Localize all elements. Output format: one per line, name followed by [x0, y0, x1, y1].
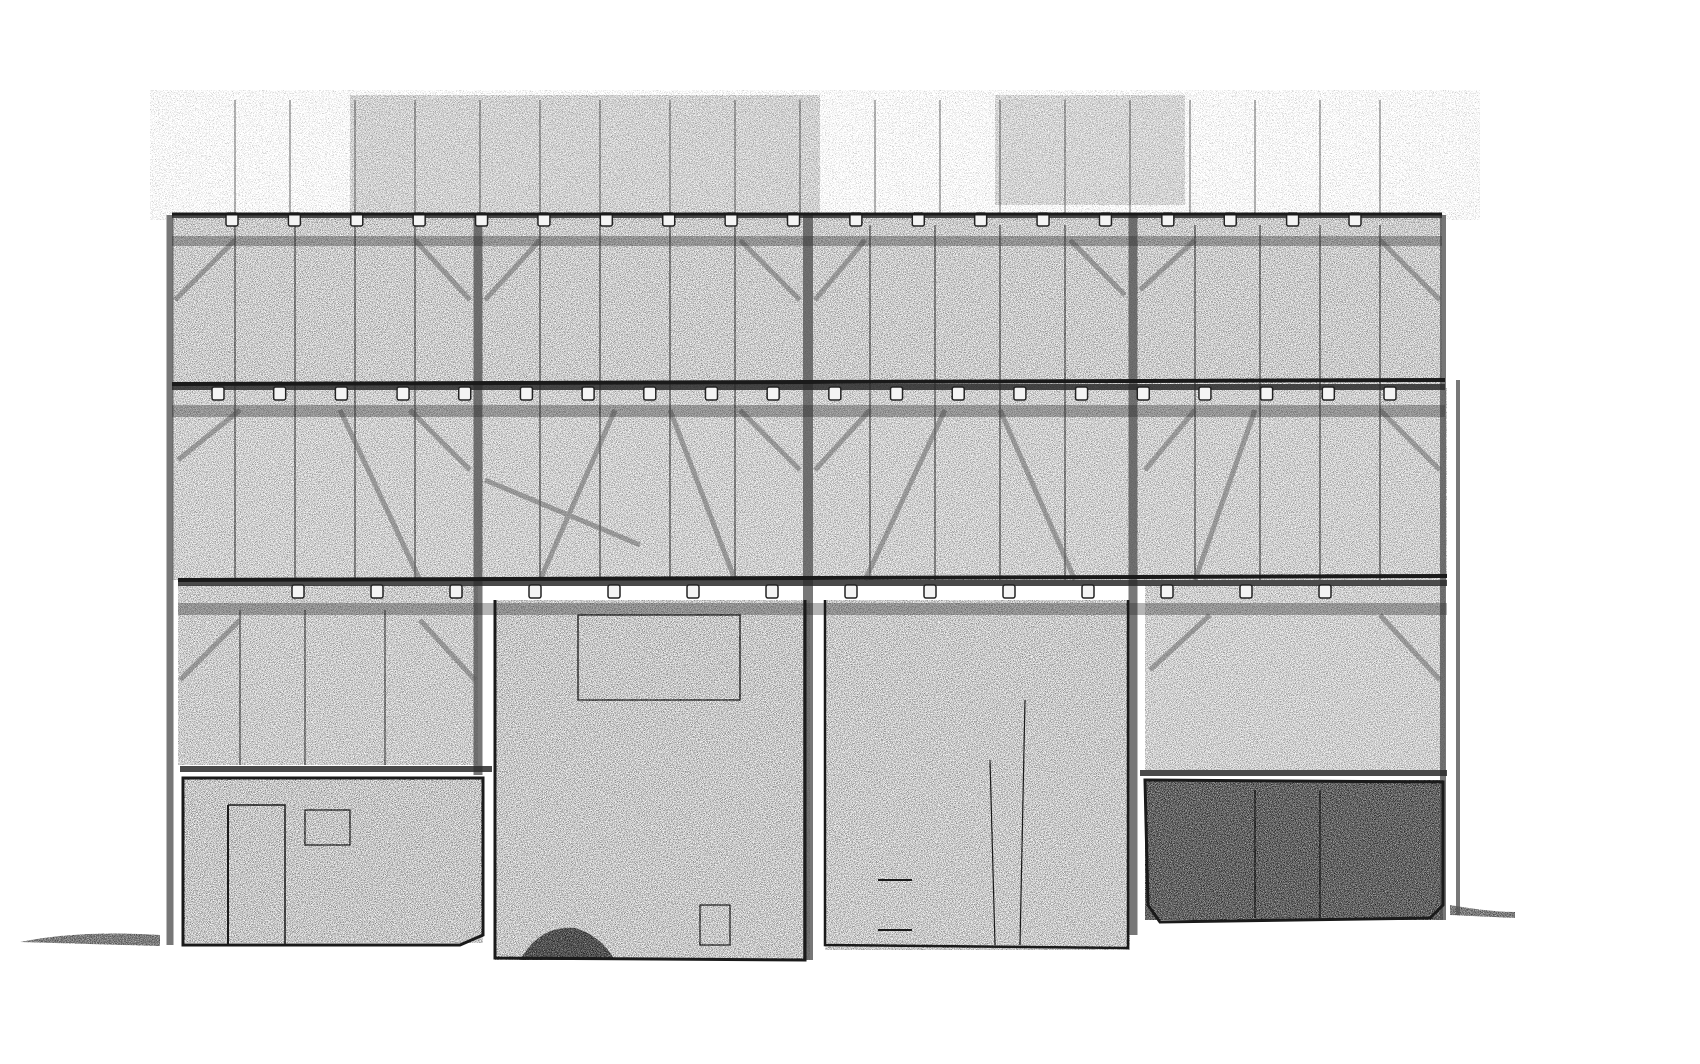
attic-region [150, 90, 1480, 220]
center-right-wall [825, 600, 1130, 950]
right-annex [1145, 780, 1443, 920]
floor-beam [1140, 770, 1447, 776]
beam-end [1082, 585, 1094, 598]
beam-end [450, 585, 462, 598]
beam-end [608, 585, 620, 598]
beam-end [1161, 585, 1173, 598]
beam-end [705, 387, 717, 400]
beam-end [529, 585, 541, 598]
floor-beam [178, 603, 1447, 615]
ground-left [20, 934, 160, 946]
beam-end [274, 387, 286, 400]
beam-end [335, 387, 347, 400]
beam-end [829, 387, 841, 400]
beam-end [1076, 387, 1088, 400]
beam-end [1199, 387, 1211, 400]
beam-end [582, 387, 594, 400]
beam-end [1261, 387, 1273, 400]
floor-beam [180, 766, 492, 772]
beam-end [371, 585, 383, 598]
beam-end [1014, 387, 1026, 400]
beam-end [397, 387, 409, 400]
beam-end [459, 387, 471, 400]
beam-end [766, 585, 778, 598]
beam-end [1240, 585, 1252, 598]
beam-end [924, 585, 936, 598]
beam-end [1319, 585, 1331, 598]
floor-beam [172, 236, 1442, 246]
post [474, 215, 483, 775]
beam-end [1137, 387, 1149, 400]
beam-end [845, 585, 857, 598]
post [167, 215, 174, 945]
beam-end [1384, 387, 1396, 400]
beam-end [644, 387, 656, 400]
beam-end [1003, 585, 1015, 598]
beam-end [520, 387, 532, 400]
post [1456, 380, 1460, 915]
beam-end [292, 585, 304, 598]
beam-end [1322, 387, 1334, 400]
floor-beam [172, 405, 1445, 417]
beam-end [687, 585, 699, 598]
beam-end [891, 387, 903, 400]
beam-end [767, 387, 779, 400]
center-left-wall [495, 600, 810, 960]
beam-end [952, 387, 964, 400]
beam-end [212, 387, 224, 400]
point-cloud-elevation [0, 0, 1700, 1064]
